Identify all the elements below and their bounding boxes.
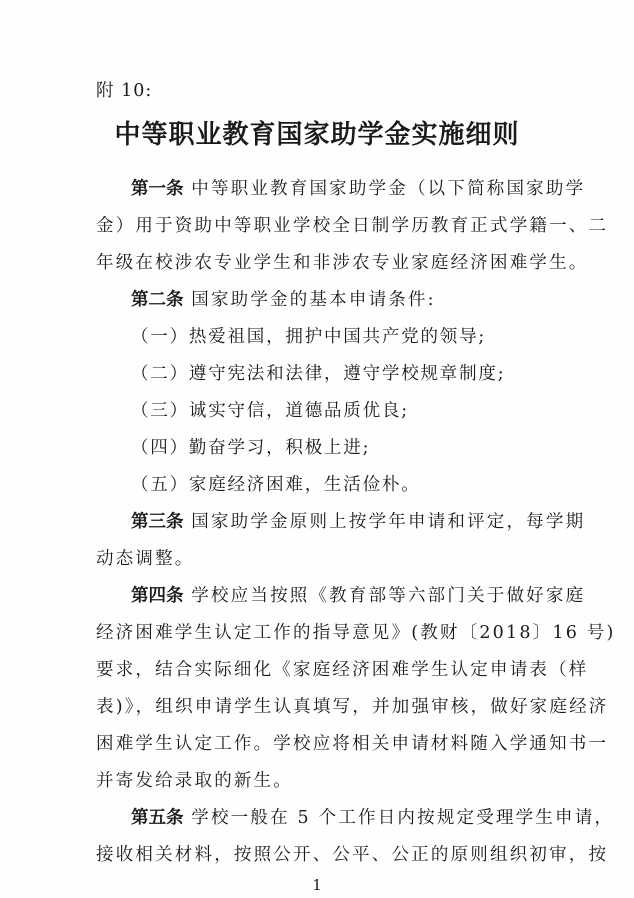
article-2-item-1: （一）热爱祖国，拥护中国共产党的领导; (131, 326, 538, 348)
article-4-line-2: 经济困难学生认定工作的指导意见》(教财〔2018〕16 号) (96, 622, 538, 644)
article-4-line-6: 并寄发给录取的新生。 (96, 770, 538, 792)
article-3-line-2: 动态调整。 (96, 548, 538, 570)
article-2-item-2: （二）遵守宪法和法律，遵守学校规章制度; (131, 363, 538, 385)
article-2-line-1: 第二条 国家助学金的基本申请条件: (131, 289, 538, 311)
article-5-heading: 第五条 (131, 808, 184, 828)
article-1-text: 中等职业教育国家助学金（以下简称国家助学 (191, 179, 585, 199)
article-3-line-1: 第三条 国家助学金原则上按学年申请和评定，每学期 (131, 511, 538, 533)
page-number: 1 (0, 876, 634, 894)
article-2-text: 国家助学金的基本申请条件: (191, 290, 436, 310)
article-5-text: 学校一般在 5 个工作日内按规定受理学生申请， (191, 808, 614, 828)
annex-label: 附 10: (96, 80, 152, 102)
article-2-item-4: （四）勤奋学习，积极上进; (131, 437, 538, 459)
article-4-text: 学校应当按照《教育部等六部门关于做好家庭 (191, 586, 585, 606)
document-title: 中等职业教育国家助学金实施细则 (0, 118, 634, 152)
article-2-item-5: （五）家庭经济困难，生活俭朴。 (131, 474, 538, 496)
article-4-line-5: 困难学生认定工作。学校应将相关申请材料随入学通知书一 (96, 733, 538, 755)
article-4-line-3: 要求，结合实际细化《家庭经济困难学生认定申请表（样 (96, 659, 538, 681)
document-page: 附 10: 中等职业教育国家助学金实施细则 第一条 中等职业教育国家助学金（以下… (0, 0, 634, 898)
article-4-line-1: 第四条 学校应当按照《教育部等六部门关于做好家庭 (131, 585, 538, 607)
article-3-text: 国家助学金原则上按学年申请和评定，每学期 (191, 512, 585, 532)
article-1-heading: 第一条 (131, 179, 184, 199)
article-5-line-2: 接收相关材料，按照公开、公平、公正的原则组织初审，按 (96, 844, 538, 866)
article-1-line-2: 金）用于资助中等职业学校全日制学历教育正式学籍一、二 (96, 215, 538, 237)
article-2-item-3: （三）诚实守信，道德品质优良; (131, 400, 538, 422)
article-1-line-3: 年级在校涉农专业学生和非涉农专业家庭经济困难学生。 (96, 252, 538, 274)
article-3-heading: 第三条 (131, 512, 184, 532)
article-4-heading: 第四条 (131, 586, 184, 606)
article-4-line-4: 表)》，组织申请学生认真填写，并加强审核，做好家庭经济 (96, 696, 538, 718)
article-5-line-1: 第五条 学校一般在 5 个工作日内按规定受理学生申请， (131, 807, 538, 829)
article-1-line-1: 第一条 中等职业教育国家助学金（以下简称国家助学 (131, 178, 538, 200)
article-2-heading: 第二条 (131, 290, 184, 310)
